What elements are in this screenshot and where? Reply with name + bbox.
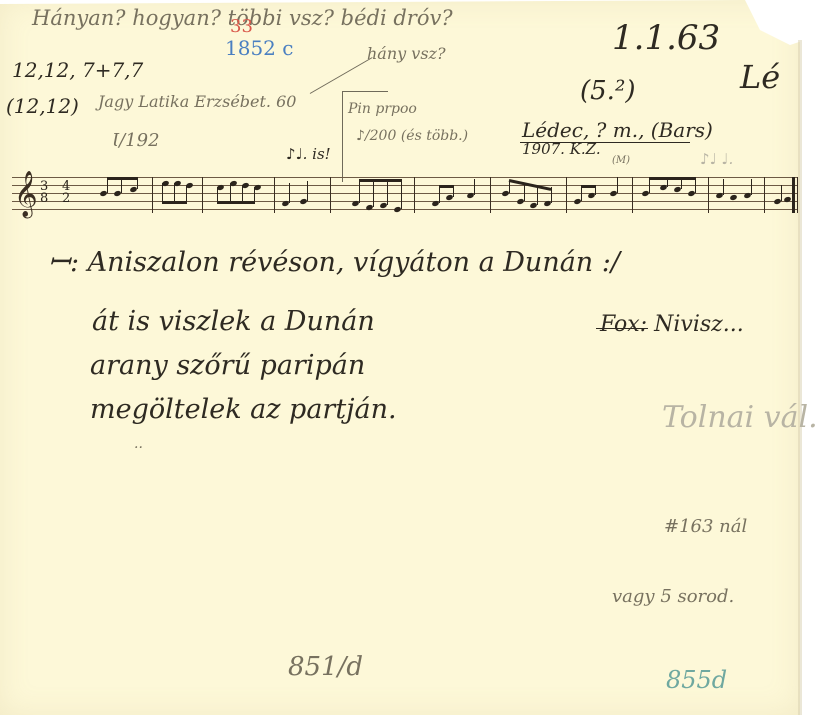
time-signature-2: 42 bbox=[62, 181, 70, 205]
catalog-number: 1.1.63 bbox=[612, 18, 720, 58]
archive-number: 851/d bbox=[288, 652, 363, 682]
syllable-alt: (12,12) bbox=[6, 94, 79, 118]
side-question: hány vsz? bbox=[367, 44, 446, 63]
final-barline bbox=[792, 177, 795, 213]
reference-note: Jagy Latika Erzsébet. 60 bbox=[98, 92, 296, 111]
ref-number: Ɩ/192 bbox=[112, 130, 160, 151]
lyrics-line-3: arany szőrű paripán bbox=[90, 350, 365, 381]
box-line-1: Pin prpoo bbox=[348, 101, 417, 117]
treble-clef-icon: 𝄞 bbox=[14, 171, 38, 217]
year-collector: 1907. K.Z. bbox=[522, 140, 601, 158]
ref-note: #163 nál bbox=[664, 516, 747, 537]
blue-year: 1852 c bbox=[225, 36, 293, 60]
lyrics-dots: .. bbox=[134, 436, 143, 452]
place-name: Lédec, ? m., (Bars) bbox=[522, 118, 713, 142]
lyrics-line-2: át is viszlek a Dunán bbox=[92, 306, 375, 337]
paper-edge bbox=[798, 40, 802, 715]
box-line-2: ♪/200 (és több.) bbox=[356, 128, 468, 144]
syllable-structure: 12,12, 7+7,7 bbox=[12, 58, 143, 82]
collector-sub: (M) bbox=[612, 155, 630, 166]
archive-number-2: 855d bbox=[666, 666, 727, 694]
corner-mark: Lé bbox=[740, 58, 780, 96]
lyrics-line-4: megöltelek az partján. bbox=[90, 394, 397, 425]
faint-name: Tolnai vál... bbox=[662, 400, 815, 435]
cadence-mark: (5.²) bbox=[580, 76, 636, 106]
lyrics-line-1: ꟷ: Aniszalon révéson, vígyáton a Dunán :… bbox=[48, 242, 620, 279]
time-signature-1: 38 bbox=[40, 181, 48, 205]
alt-note: vagy 5 sorod. bbox=[612, 586, 734, 607]
strikethrough bbox=[596, 328, 648, 329]
music-annotation-left: ♪♩. is! bbox=[286, 145, 331, 163]
music-staff: 𝄞 38 42 bbox=[12, 177, 798, 213]
crossed-note: Fox: Nivisz... bbox=[600, 312, 744, 337]
music-annotation-right: ♪♩ ♩. bbox=[700, 150, 733, 168]
red-note: 33 bbox=[230, 16, 253, 37]
